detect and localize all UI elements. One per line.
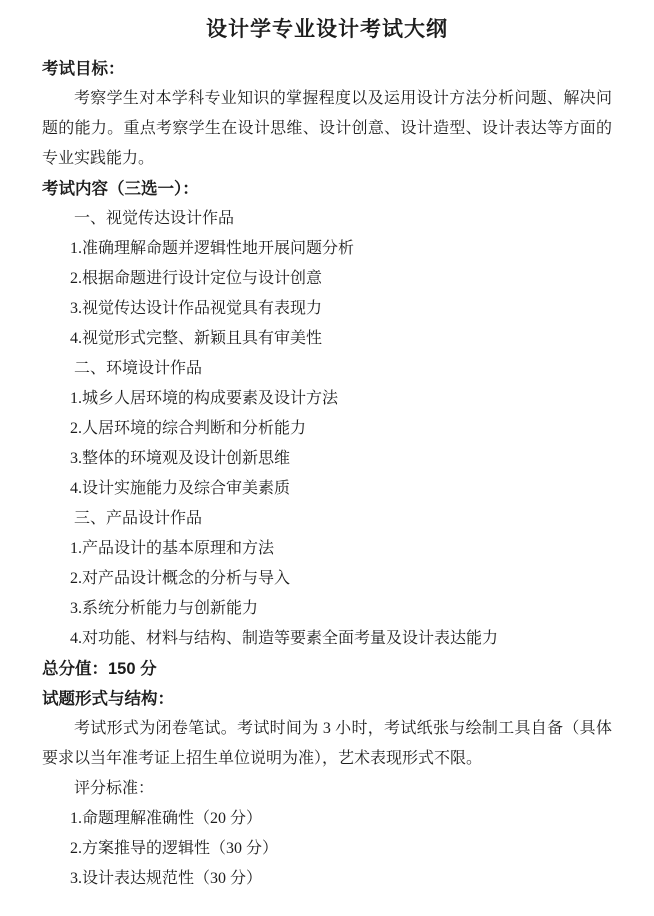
content-item: 4.视觉形式完整、新颖且具有审美性 [70, 324, 612, 354]
document-page: 设计学专业设计考试大纲 考试目标： 考察学生对本学科专业知识的掌握程度以及运用设… [0, 0, 654, 916]
exam-content-heading: 考试内容（三选一）： [42, 174, 612, 204]
content-item: 1.准确理解命题并逻辑性地开展问题分析 [70, 234, 612, 264]
content-item: 4.对功能、材料与结构、制造等要素全面考量及设计表达能力 [70, 624, 612, 654]
group-title: 一、视觉传达设计作品 [74, 204, 612, 234]
exam-format-paragraph: 考试形式为闭卷笔试。考试时间为 3 小时，考试纸张与绘制工具自备（具体要求以当年… [42, 714, 612, 774]
content-item: 3.整体的环境观及设计创新思维 [70, 444, 612, 474]
exam-goal-heading: 考试目标： [42, 54, 612, 84]
content-group-product: 三、产品设计作品 1.产品设计的基本原理和方法 2.对产品设计概念的分析与导入 … [42, 504, 612, 654]
content-group-visual: 一、视觉传达设计作品 1.准确理解命题并逻辑性地开展问题分析 2.根据命题进行设… [42, 204, 612, 354]
content-item: 3.视觉传达设计作品视觉具有表现力 [70, 294, 612, 324]
exam-format-heading: 试题形式与结构： [42, 684, 612, 714]
total-score-heading: 总分值：150 分 [42, 654, 612, 684]
content-group-environment: 二、环境设计作品 1.城乡人居环境的构成要素及设计方法 2.人居环境的综合判断和… [42, 354, 612, 504]
content-item: 2.人居环境的综合判断和分析能力 [70, 414, 612, 444]
criteria-item: 2.方案推导的逻辑性（30 分） [70, 834, 612, 864]
content-item: 1.产品设计的基本原理和方法 [70, 534, 612, 564]
criteria-label: 评分标准： [74, 774, 612, 804]
content-item: 1.城乡人居环境的构成要素及设计方法 [70, 384, 612, 414]
content-item: 2.根据命题进行设计定位与设计创意 [70, 264, 612, 294]
content-item: 2.对产品设计概念的分析与导入 [70, 564, 612, 594]
group-title: 二、环境设计作品 [74, 354, 612, 384]
group-title: 三、产品设计作品 [74, 504, 612, 534]
criteria-item: 3.设计表达规范性（30 分） [70, 864, 612, 894]
criteria-item: 1.命题理解准确性（20 分） [70, 804, 612, 834]
exam-goal-paragraph: 考察学生对本学科专业知识的掌握程度以及运用设计方法分析问题、解决问题的能力。重点… [42, 84, 612, 174]
document-title: 设计学专业设计考试大纲 [42, 12, 612, 48]
content-item: 3.系统分析能力与创新能力 [70, 594, 612, 624]
content-item: 4.设计实施能力及综合审美素质 [70, 474, 612, 504]
